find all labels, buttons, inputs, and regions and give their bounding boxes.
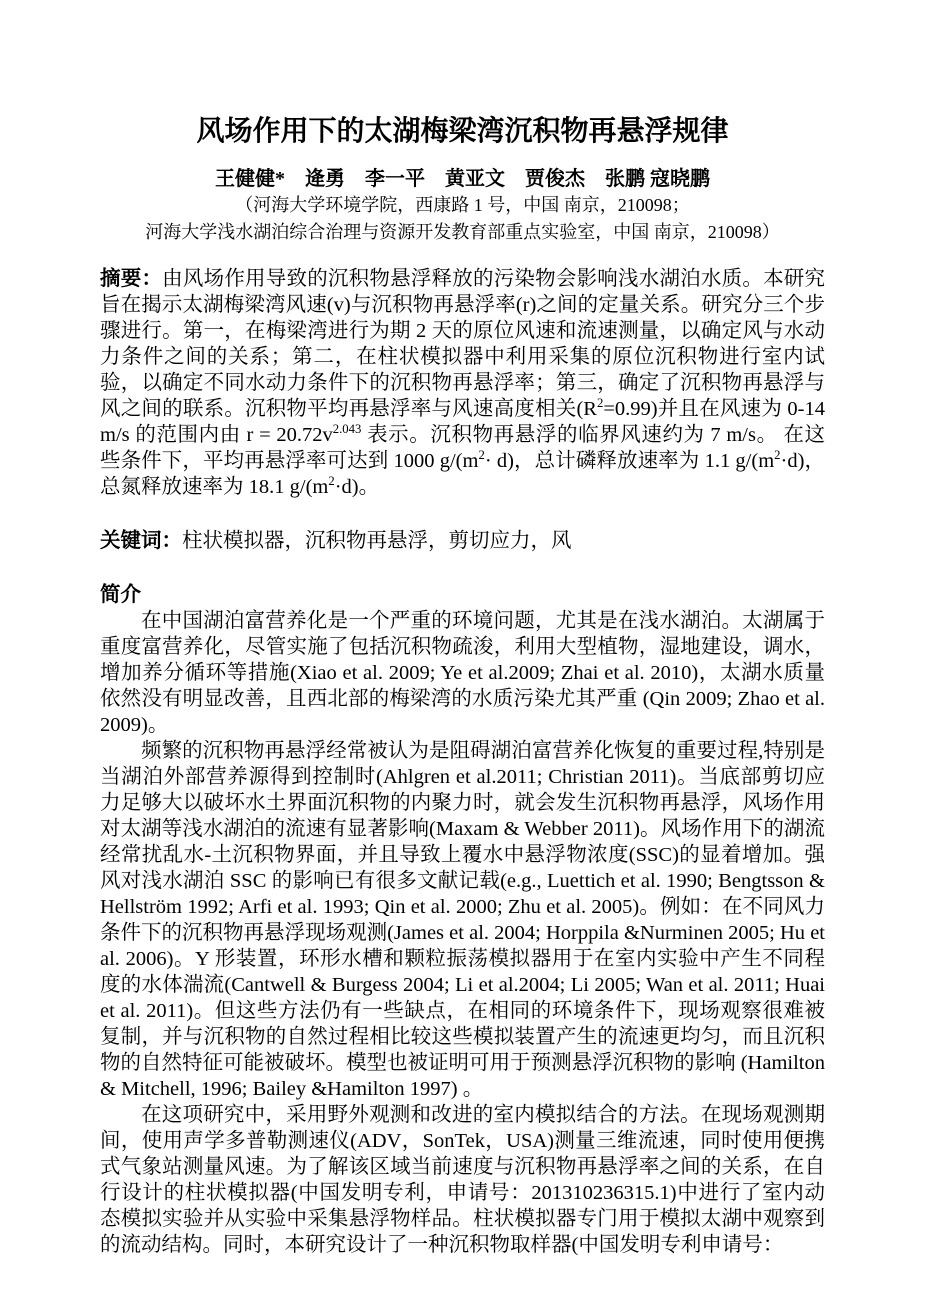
abstract-label: 摘要： bbox=[100, 268, 162, 290]
paper-page: 风场作用下的太湖梅梁湾沉积物再悬浮规律 王健健* 逄勇 李一平 黄亚文 贾俊杰 … bbox=[0, 0, 925, 1309]
introduction-paragraph-3: 在这项研究中，采用野外观测和改进的室内模拟结合的方法。在现场观测期间，使用声学多… bbox=[100, 1102, 825, 1258]
abstract-paragraph: 摘要：由风场作用导致的沉积物悬浮释放的污染物会影响浅水湖泊水质。本研究旨在揭示太… bbox=[100, 266, 825, 500]
author-line: 王健健* 逄勇 李一平 黄亚文 贾俊杰 张鹏 寇晓鹏 bbox=[100, 166, 825, 192]
spacer bbox=[100, 500, 825, 528]
abstract-text: 由风场作用导致的沉积物悬浮释放的污染物会影响浅水湖泊水质。本研究旨在揭示太湖梅梁… bbox=[100, 268, 825, 498]
keywords-text: 柱状模拟器，沉积物再悬浮，剪切应力，风 bbox=[182, 530, 572, 552]
affiliation-line-1: （河海大学环境学院，西康路 1 号，中国 南京，210098； bbox=[100, 192, 825, 219]
paper-title: 风场作用下的太湖梅梁湾沉积物再悬浮规律 bbox=[100, 112, 825, 152]
spacer bbox=[100, 554, 825, 582]
introduction-paragraph-2: 频繁的沉积物再悬浮经常被认为是阻碍湖泊富营养化恢复的重要过程,特别是当湖泊外部营… bbox=[100, 738, 825, 1102]
introduction-paragraph-1: 在中国湖泊富营养化是一个严重的环境问题，尤其是在浅水湖泊。太湖属于重度富营养化，… bbox=[100, 608, 825, 738]
affiliation-line-2: 河海大学浅水湖泊综合治理与资源开发教育部重点实验室，中国 南京，210098） bbox=[100, 219, 825, 246]
keywords-line: 关键词：柱状模拟器，沉积物再悬浮，剪切应力，风 bbox=[100, 528, 825, 554]
introduction-heading: 简介 bbox=[100, 582, 825, 608]
spacer bbox=[100, 246, 825, 266]
keywords-label: 关键词： bbox=[100, 530, 182, 552]
